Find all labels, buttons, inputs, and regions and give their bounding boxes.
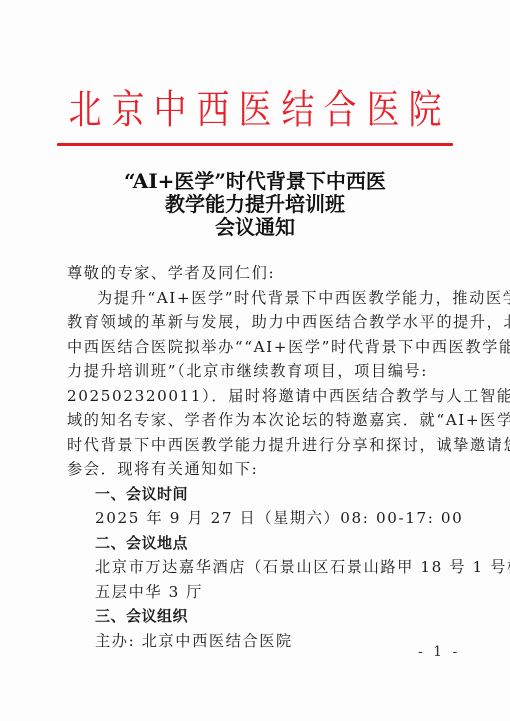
letterhead-char: 中 xyxy=(154,90,187,130)
paragraph-line: 力提升培训班”（北京市继续教育项目，项目编号: xyxy=(67,359,449,384)
letterhead-char: 京 xyxy=(111,90,144,130)
letterhead-char: 结 xyxy=(281,90,314,130)
title-line-3: 会议通知 xyxy=(0,216,510,239)
letterhead-red-rule xyxy=(57,143,453,146)
letterhead-char: 西 xyxy=(196,90,229,130)
document-body: 尊敬的专家、学者及同仁们: 为提升“AI+医学”时代背景下中西医教学能力，推动医… xyxy=(67,261,449,653)
paragraph-line: 中西医结合医院拟举办““AI+医学”时代背景下中西医教学能 xyxy=(67,335,449,360)
section-heading-organization: 三、会议组织 xyxy=(67,604,449,629)
paragraph-line: 为提升“AI+医学”时代背景下中西医教学能力，推动医学 xyxy=(67,286,449,311)
letterhead-char: 医 xyxy=(239,90,272,130)
letterhead-char: 合 xyxy=(324,90,357,130)
section-heading-location: 二、会议地点 xyxy=(67,531,449,556)
letterhead-char: 北 xyxy=(69,90,102,130)
title-line-1: “AI+医学”时代背景下中西医 xyxy=(0,170,510,193)
page-number: - 1 - xyxy=(418,644,460,660)
document-page: 北 京 中 西 医 结 合 医 院 “AI+医学”时代背景下中西医 教学能力提升… xyxy=(0,0,510,721)
section-heading-time: 一、会议时间 xyxy=(67,482,449,507)
document-title: “AI+医学”时代背景下中西医 教学能力提升培训班 会议通知 xyxy=(0,170,510,239)
paragraph-line: 域的知名专家、学者作为本次论坛的特邀嘉宾．就“AI+医学” xyxy=(67,408,449,433)
letterhead-char: 院 xyxy=(409,90,442,130)
letterhead-char: 医 xyxy=(366,90,399,130)
paragraph-line: 202502320011）．届时将邀请中西医结合教学与人工智能教学领 xyxy=(67,384,449,409)
meeting-location: 北京市万达嘉华酒店（石景山区石景山路甲 18 号 1 号楼） xyxy=(67,555,449,580)
paragraph-line: 时代背景下中西医教学能力提升进行分享和探讨，诚挚邀请您的 xyxy=(67,433,449,458)
title-line-2: 教学能力提升培训班 xyxy=(0,193,510,216)
organizer: 主办: 北京中西医结合医院 xyxy=(67,629,449,654)
meeting-time: 2025 年 9 月 27 日（星期六）08: 00-17: 00 xyxy=(67,506,449,531)
paragraph-line: 参会．现将有关通知如下: xyxy=(67,457,449,482)
paragraph-line: 教育领域的革新与发展，助力中西医结合教学水平的提升，北京 xyxy=(67,310,449,335)
meeting-room: 五层中华 3 厅 xyxy=(67,580,449,605)
salutation: 尊敬的专家、学者及同仁们: xyxy=(67,261,449,286)
letterhead: 北 京 中 西 医 结 合 医 院 xyxy=(57,84,453,136)
